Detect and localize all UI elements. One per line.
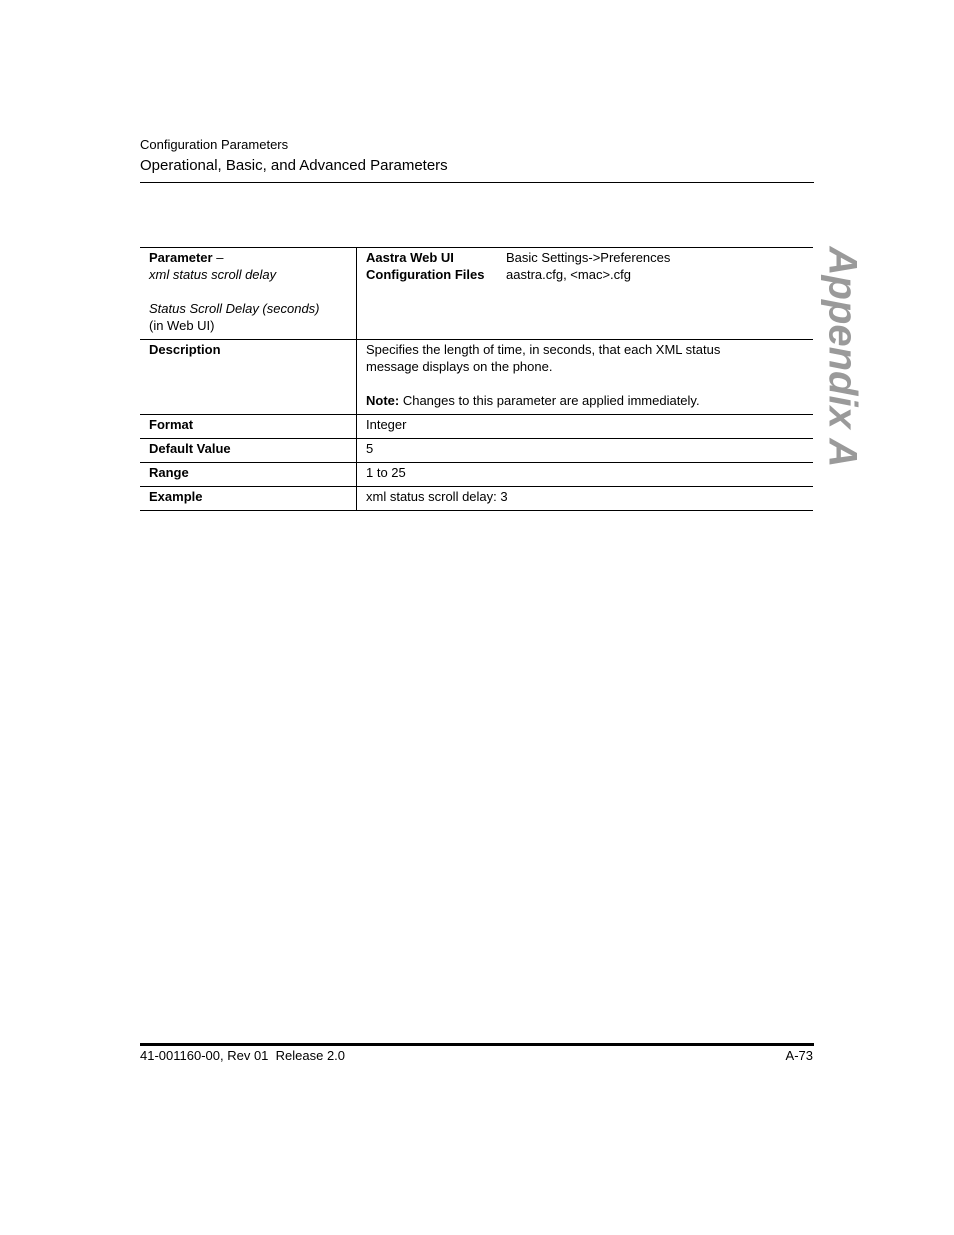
header-rule [140, 182, 814, 183]
row-value: Integer [357, 415, 814, 439]
footer-rule [140, 1043, 814, 1046]
table-row-description: Description Specifies the length of time… [140, 340, 813, 415]
webui-name: Status Scroll Delay (seconds) [149, 300, 347, 317]
parameter-cell: Parameter – xml status scroll delay Stat… [140, 248, 357, 340]
footer-doc-id: 41-001160-00, Rev 01 Release 2.0 [140, 1048, 345, 1063]
location-webui: Aastra Web UI Basic Settings->Preference… [366, 249, 804, 266]
location-cell: Aastra Web UI Basic Settings->Preference… [357, 248, 814, 340]
webui-suffix: (in Web UI) [149, 317, 347, 334]
row-value: 1 to 25 [357, 463, 814, 487]
row-label: Description [140, 340, 357, 415]
appendix-side-tab: Appendix A [822, 252, 862, 462]
row-value: Specifies the length of time, in seconds… [357, 340, 814, 415]
row-label: Range [140, 463, 357, 487]
table-row-format: Format Integer [140, 415, 813, 439]
note: Note: Changes to this parameter are appl… [366, 392, 804, 409]
footer-page-number: A-73 [786, 1048, 813, 1063]
description-text: Specifies the length of time, in seconds… [366, 341, 766, 375]
running-header-subsection: Operational, Basic, and Advanced Paramet… [140, 157, 448, 174]
running-header-section: Configuration Parameters [140, 137, 288, 152]
parameter-name: xml status scroll delay [149, 266, 347, 283]
table-row-range: Range 1 to 25 [140, 463, 813, 487]
row-label: Format [140, 415, 357, 439]
table-row-default-value: Default Value 5 [140, 439, 813, 463]
row-value: 5 [357, 439, 814, 463]
row-value: xml status scroll delay: 3 [357, 487, 814, 511]
parameter-table: Parameter – xml status scroll delay Stat… [140, 247, 813, 511]
row-label: Example [140, 487, 357, 511]
row-label: Default Value [140, 439, 357, 463]
table-row-parameter: Parameter – xml status scroll delay Stat… [140, 248, 813, 340]
table-row-example: Example xml status scroll delay: 3 [140, 487, 813, 511]
parameter-label: Parameter [149, 250, 213, 265]
location-config-files: Configuration Files aastra.cfg, <mac>.cf… [366, 266, 804, 283]
appendix-label: Appendix A [820, 247, 865, 468]
